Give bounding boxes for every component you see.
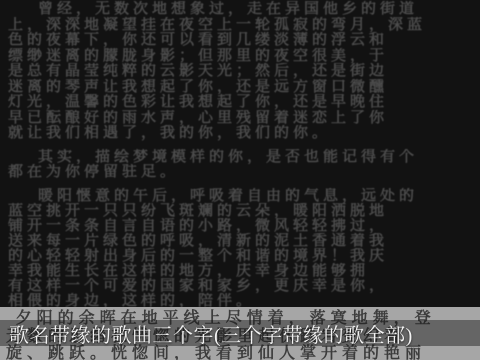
article-line: 上，深深地凝望挂在夜空上一轮孤寂的弯月，深蓝 bbox=[8, 17, 476, 33]
article-line: 有这样一个可爱的国家和家乡，更庆幸是你， bbox=[8, 278, 476, 293]
article-line: 相偎的身边，这样的，陪伴。 bbox=[8, 293, 476, 308]
article-line: 迷离的琴声让我想起了你，还是远方窗口微醺 bbox=[8, 79, 476, 95]
caption-bar: 歌名带缘的歌曲三个字(三个字带缘的歌全部) bbox=[0, 320, 480, 346]
article-line: 幸我能生长在这样的地方，庆幸身边能够拥 bbox=[8, 263, 476, 278]
article-line: 铺开一条条自言自语的小路，微风轻轻拂过， bbox=[8, 218, 476, 233]
article-line: 曾经，无数次地想象过，走在异国他乡的街道 bbox=[8, 1, 476, 17]
article-line: 是总有晶莹纯粹的云影天光；然后，还是街边 bbox=[8, 63, 476, 79]
article-paragraph-3: 暖阳惬意的午后，呼吸着自由的气息，远处的 蓝空挑开一只只纷飞斑斓的云朵，暖阳洒脱… bbox=[8, 188, 476, 308]
article-line: 色的夜幕下，你还可以看到几缕淡薄的浮云和 bbox=[8, 32, 476, 48]
image-caption-title: 歌名带缘的歌曲三个字(三个字带缘的歌全部) bbox=[9, 319, 413, 348]
article-body: 曾经，无数次地想象过，走在异国他乡的街道 上，深深地凝望挂在夜空上一轮孤寂的弯月… bbox=[8, 1, 476, 316]
article-line: 蓝空挑开一只只纷飞斑斓的云朵，暖阳洒脱地 bbox=[8, 203, 476, 218]
article-line: 的心轻轻射出身后的一整个和谐的境界！我庆 bbox=[8, 248, 476, 263]
article-line: 灯光，温馨的色彩让我想起了你，还是早晚住 bbox=[8, 94, 476, 110]
article-line: 送来每一片绿色的呼吸，清新的泥土香通着我 bbox=[8, 233, 476, 248]
article-line: 缥缈迷离的朦胧身影；但那里的夜空很美，于 bbox=[8, 48, 476, 64]
article-line: 都在为你停留驻足。 bbox=[8, 164, 476, 180]
article-line: 暖阳惬意的午后，呼吸着自由的气息，远处的 bbox=[8, 188, 476, 203]
article-image: 曾经，无数次地想象过，走在异国他乡的街道 上，深深地凝望挂在夜空上一轮孤寂的弯月… bbox=[0, 0, 480, 360]
article-paragraph-1: 曾经，无数次地想象过，走在异国他乡的街道 上，深深地凝望挂在夜空上一轮孤寂的弯月… bbox=[8, 1, 476, 141]
article-line: 其实，描绘梦境模样的你，是否也能记得有个 bbox=[8, 149, 476, 165]
article-line: 就让我们相遇了，我的你，我们的你。 bbox=[8, 125, 476, 141]
article-paragraph-2: 其实，描绘梦境模样的你，是否也能记得有个 都在为你停留驻足。 bbox=[8, 149, 476, 180]
article-line: 早已酝酿好的雨水声，心里残留着迷恋上了你 bbox=[8, 110, 476, 126]
